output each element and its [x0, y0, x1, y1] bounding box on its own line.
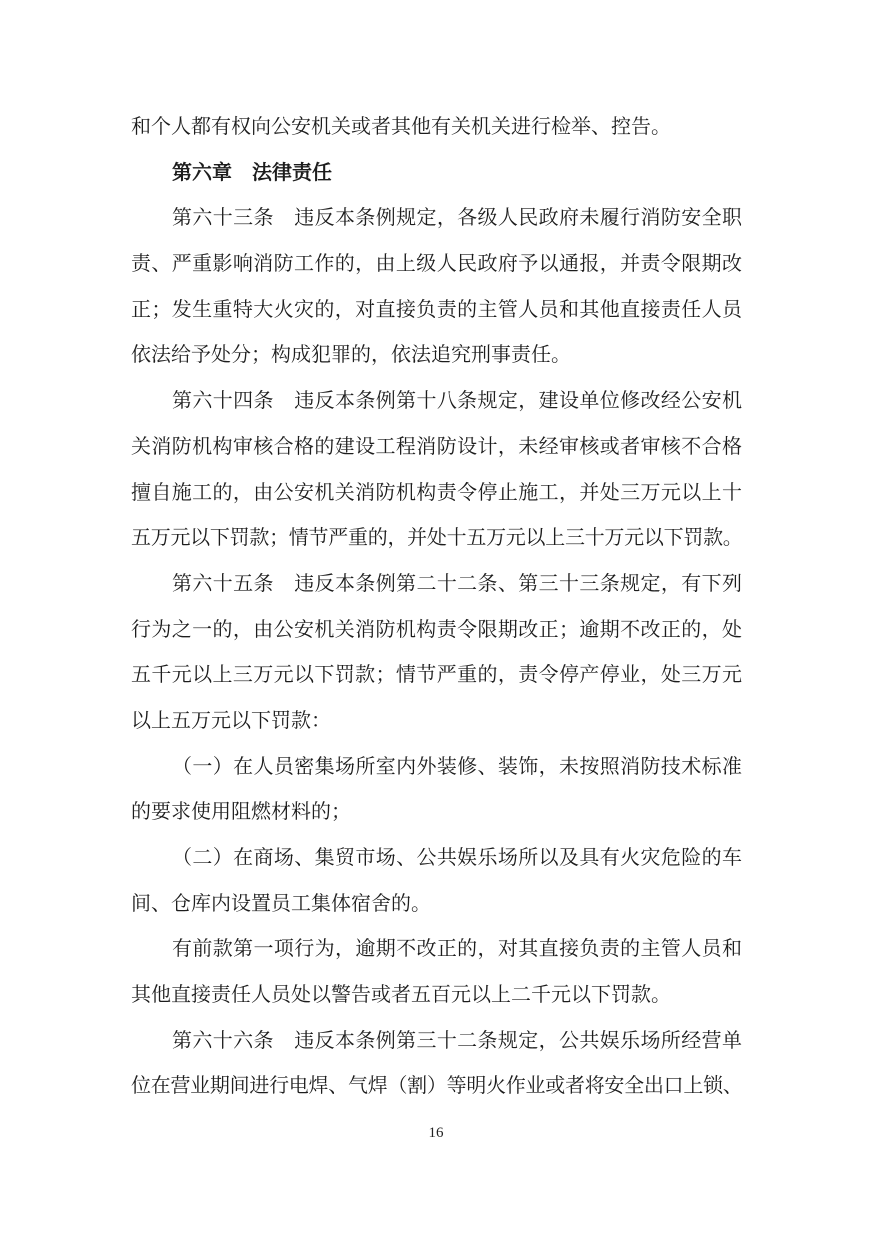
doc-line: 和个人都有权向公安机关或者其他有关机关进行检举、控告。: [131, 105, 742, 151]
doc-line: 第六十三条 违反本条例规定，各级人民政府未履行消防安全职: [131, 196, 742, 242]
doc-line: 间、仓库内设置员工集体宿舍的。: [131, 882, 742, 928]
doc-line: 位在营业期间进行电焊、气焊（割）等明火作业或者将安全出口上锁、: [131, 1064, 742, 1110]
doc-line: 依法给予处分；构成犯罪的，依法追究刑事责任。: [131, 333, 742, 379]
doc-line: 行为之一的，由公安机关消防机构责令限期改正；逾期不改正的，处: [131, 608, 742, 654]
doc-line: 五千元以上三万元以下罚款；情节严重的，责令停产停业，处三万元: [131, 653, 742, 699]
doc-line: 其他直接责任人员处以警告或者五百元以上二千元以下罚款。: [131, 973, 742, 1019]
doc-line: 的要求使用阻燃材料的；: [131, 790, 742, 836]
doc-line: 关消防机构审核合格的建设工程消防设计，未经审核或者审核不合格: [131, 425, 742, 471]
doc-line: （一）在人员密集场所室内外装修、装饰，未按照消防技术标准: [131, 745, 742, 791]
doc-line: 五万元以下罚款；情节严重的，并处十五万元以上三十万元以下罚款。: [131, 516, 742, 562]
chapter-heading: 第六章 法律责任: [131, 151, 742, 197]
doc-line: 有前款第一项行为，逾期不改正的，对其直接负责的主管人员和: [131, 927, 742, 973]
doc-line: （二）在商场、集贸市场、公共娱乐场所以及具有火灾危险的车: [131, 836, 742, 882]
doc-line: 擅自施工的，由公安机关消防机构责令停止施工，并处三万元以上十: [131, 471, 742, 517]
doc-line: 第六十五条 违反本条例第二十二条、第三十三条规定，有下列: [131, 562, 742, 608]
document-page-body: 和个人都有权向公安机关或者其他有关机关进行检举、控告。 第六章 法律责任 第六十…: [131, 105, 742, 1110]
doc-line: 第六十六条 违反本条例第三十二条规定，公共娱乐场所经营单: [131, 1019, 742, 1065]
page-number: 16: [0, 1122, 872, 1144]
doc-line: 以上五万元以下罚款：: [131, 699, 742, 745]
doc-line: 责、严重影响消防工作的，由上级人民政府予以通报，并责令限期改: [131, 242, 742, 288]
doc-line: 第六十四条 违反本条例第十八条规定，建设单位修改经公安机: [131, 379, 742, 425]
doc-line: 正；发生重特大火灾的，对直接负责的主管人员和其他直接责任人员: [131, 288, 742, 334]
